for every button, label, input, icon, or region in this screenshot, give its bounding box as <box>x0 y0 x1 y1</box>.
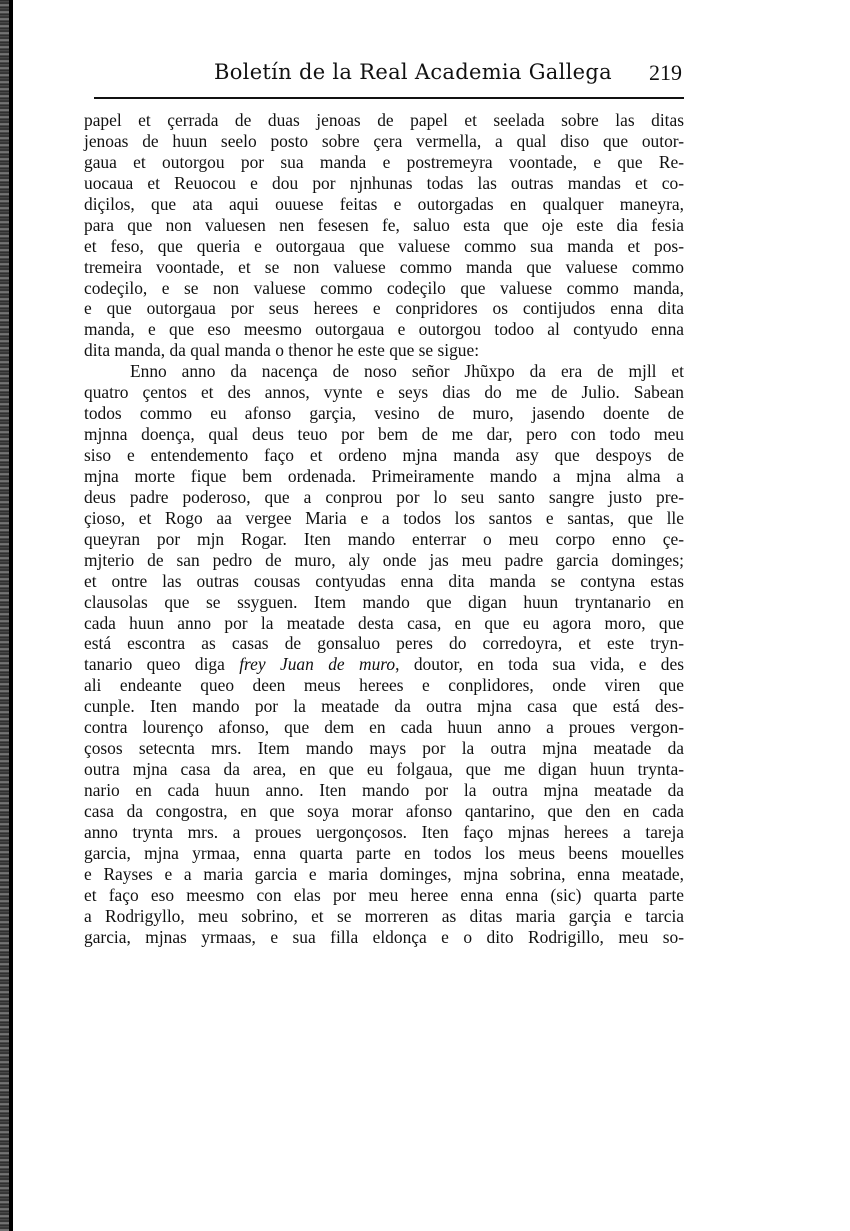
running-title: Boletín de la Real Academia Gallega <box>214 60 612 84</box>
text-line: jenoas de huun seelo posto sobre çera ve… <box>84 131 684 152</box>
text-line: dita manda, da qual manda o thenor he es… <box>84 340 684 361</box>
page-number: 219 <box>649 60 682 86</box>
body-text: papel et çerrada de duas jenoas de papel… <box>84 110 684 948</box>
scanned-page-edge <box>0 0 12 1231</box>
text-line: anno trynta mrs. a proues uergonçosos. I… <box>84 822 684 843</box>
text-line: mjterio de san pedro de muro, aly onde j… <box>84 550 684 571</box>
text-line: e que outorgaua por seus herees e conpri… <box>84 298 684 319</box>
text-line: çioso, et Rogo aa vergee Maria e a todos… <box>84 508 684 529</box>
text-line: siso e entendemento faço et ordeno mjna … <box>84 445 684 466</box>
text-line: e Rayses e a maria garcia e maria doming… <box>84 864 684 885</box>
text-line: nario en cada huun anno. Iten mando por … <box>84 780 684 801</box>
text-line: outra mjna casa da area, en que eu folga… <box>84 759 684 780</box>
paragraph-start-line: Enno anno da nacença de noso señor Jhũxp… <box>84 361 684 382</box>
text-fragment: tanario queo diga <box>84 654 239 674</box>
text-line: çosos setecnta mrs. Item mando mays por … <box>84 738 684 759</box>
running-header: Boletín de la Real Academia Gallega 219 <box>214 60 684 92</box>
text-line: para que non valuesen nen fesesen fe, sa… <box>84 215 684 236</box>
text-line: queyran por mjn Rogar. Iten mando enterr… <box>84 529 684 550</box>
italic-name: frey Juan de muro <box>239 654 395 674</box>
text-line: garcia, mjnas yrmaas, e sua filla eldonç… <box>84 927 684 948</box>
text-line: cada huun anno por la meatade desta casa… <box>84 613 684 634</box>
text-line: mjnna doença, qual deus teuo por bem de … <box>84 424 684 445</box>
text-line: mjna morte fique bem ordenada. Primeiram… <box>84 466 684 487</box>
text-line: cunple. Iten mando por la meatade da out… <box>84 696 684 717</box>
text-fragment: , doutor, en toda sua vida, e des <box>395 654 684 674</box>
text-line: et feso, que queria e outorgaua que valu… <box>84 236 684 257</box>
text-line: et faço eso meesmo con elas por meu here… <box>84 885 684 906</box>
text-line: diçilos, que ata aqui ouuese feitas e ou… <box>84 194 684 215</box>
text-line: ali endeante queo deen meus herees e con… <box>84 675 684 696</box>
text-line: codeçilo, e se non valuese commo codeçil… <box>84 278 684 299</box>
text-line: deus padre poderoso, que a conprou por l… <box>84 487 684 508</box>
text-line-with-italic: tanario queo diga frey Juan de muro, dou… <box>84 654 684 675</box>
header-rule <box>94 97 684 99</box>
text-line: contra lourenço afonso, que dem en cada … <box>84 717 684 738</box>
text-line: está escontra as casas de gonsaluo peres… <box>84 633 684 654</box>
text-line: casa da congostra, en que soya morar afo… <box>84 801 684 822</box>
text-line: uocaua et Reuocou e dou por njnhunas tod… <box>84 173 684 194</box>
text-line: tremeira voontade, et se non valuese com… <box>84 257 684 278</box>
text-line: clausolas que se ssyguen. Item mando que… <box>84 592 684 613</box>
text-line: papel et çerrada de duas jenoas de papel… <box>84 110 684 131</box>
text-line: garcia, mjna yrmaa, enna quarta parte en… <box>84 843 684 864</box>
text-line: manda, e que eso meesmo outorgaua e outo… <box>84 319 684 340</box>
text-line: et ontre las outras cousas contyudas enn… <box>84 571 684 592</box>
text-line: gaua et outorgou por sua manda e postrem… <box>84 152 684 173</box>
text-line: todos commo eu afonso garçia, vesino de … <box>84 403 684 424</box>
text-line: quatro çentos et des annos, vynte e seys… <box>84 382 684 403</box>
text-line: a Rodrigyllo, meu sobrino, et se morrere… <box>84 906 684 927</box>
